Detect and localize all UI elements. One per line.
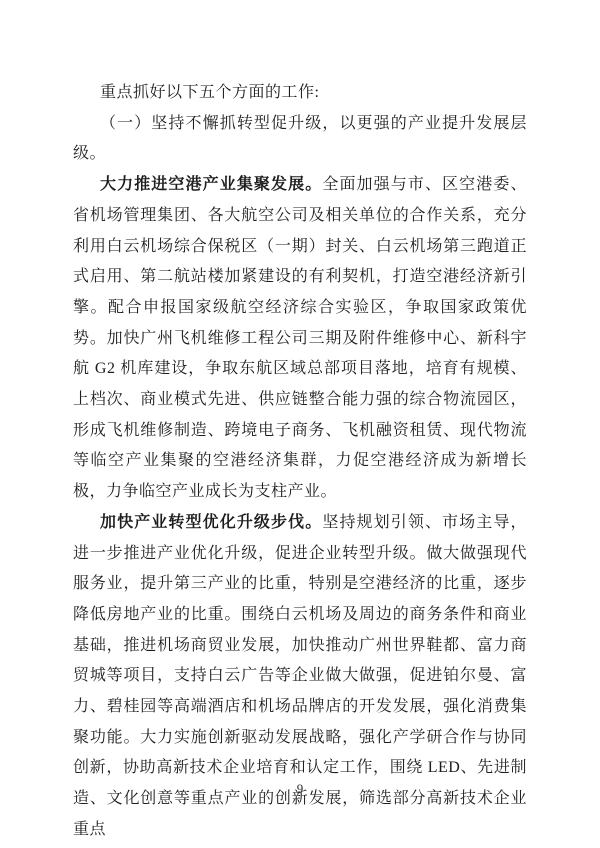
page-number: 9 — [0, 781, 600, 797]
paragraph-section-heading: （一）坚持不懈抓转型促升级，以更强的产业提升发展层级。 — [73, 109, 527, 170]
paragraph-body-text: 全面加强与市、区空港委、省机场管理集团、各大航空公司及相关单位的合作关系，充分利… — [73, 176, 527, 500]
paragraph-intro: 重点抓好以下五个方面的工作: — [73, 78, 527, 109]
document-body: 重点抓好以下五个方面的工作: （一）坚持不懈抓转型促升级，以更强的产业提升发展层… — [73, 78, 527, 846]
paragraph-lead-bold: 加快产业转型优化升级步伐。 — [100, 514, 322, 531]
document-page: 重点抓好以下五个方面的工作: （一）坚持不懈抓转型促升级，以更强的产业提升发展层… — [0, 0, 600, 848]
paragraph-lead-bold: 大力推进空港产业集聚发展。 — [100, 176, 322, 193]
paragraph-airport-industry: 大力推进空港产业集聚发展。全面加强与市、区空港委、省机场管理集团、各大航空公司及… — [73, 170, 527, 508]
